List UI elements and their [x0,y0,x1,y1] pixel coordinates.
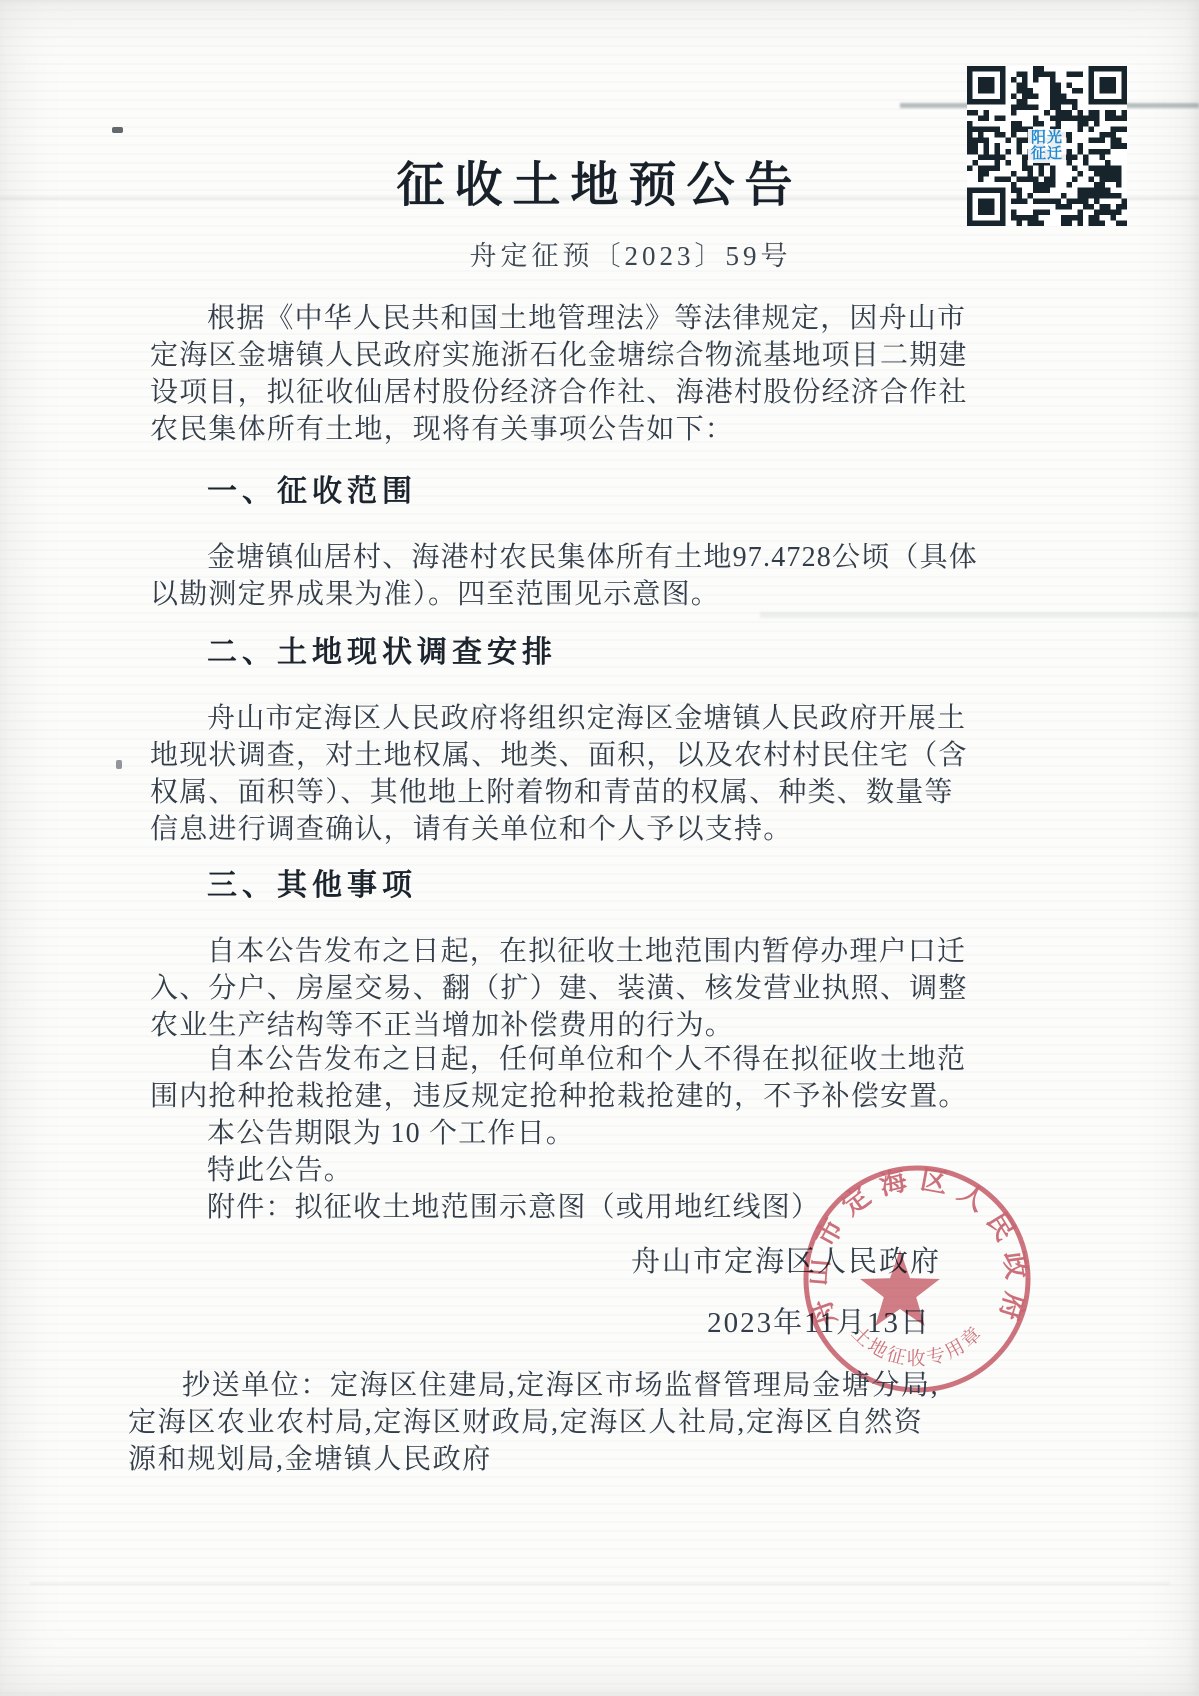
intro-paragraph: 根据《中华人民共和国土地管理法》等法律规定，因舟山市 定海区金塘镇人民政府实施浙… [150,300,1050,448]
intro-line: 根据《中华人民共和国土地管理法》等法律规定，因舟山市 [150,300,1050,337]
section2-paragraph: 舟山市定海区人民政府将组织定海区金塘镇人民政府开展土 地现状调查，对土地权属、地… [150,700,1050,848]
intro-line: 定海区金塘镇人民政府实施浙石化金塘综合物流基地项目二期建 [150,337,1050,374]
document-number: 舟定征预〔2023〕59号 [0,239,1199,273]
section3-paragraph2: 自本公告发布之日起，任何单位和个人不得在拟征收土地范 围内抢种抢栽抢建，违反规定… [150,1041,1050,1115]
scan-streak [30,1582,1170,1585]
section3-heading: 三、其他事项 [150,867,417,904]
official-seal: 舟山市定海区人民政府 土地征收专用章 [797,1159,1037,1399]
duration-line-wrap: 本公告期限为 10 个工作日。 [150,1115,1050,1152]
scan-speck [112,127,123,133]
duration-line: 本公告期限为 10 个工作日。 [150,1115,1050,1152]
section1-line: 金塘镇仙居村、海港村农民集体所有土地97.4728公顷（具体 [150,539,1050,576]
scan-speck [116,760,122,769]
section2-line: 信息进行调查确认，请有关单位和个人予以支持。 [150,811,1050,848]
cc-line: 抄送单位：定海区住建局,定海区市场监督管理局金塘分局, [128,1367,1008,1404]
qr-badge-line1: 阳光 [1031,130,1063,146]
section2-heading: 二、土地现状调查安排 [150,634,557,671]
seal-star-icon [860,1250,940,1326]
section2-line: 地现状调查，对土地权属、地类、面积，以及农村村民住宅（含 [150,737,1050,774]
seal-bottom-text-wrap: 土地征收专用章 [847,1322,986,1370]
section3-line: 自本公告发布之日起，在拟征收土地范围内暂停办理户口迁 [150,933,1050,970]
section1-line: 以勘测定界成果为准）。四至范围见示意图。 [150,576,1050,613]
section2-line: 权属、面积等）、其他地上附着物和青苗的权属、种类、数量等 [150,774,1050,811]
scanned-notice-page: 阳光 征迁 征收土地预公告 舟定征预〔2023〕59号 根据《中华人民共和国土地… [0,0,1199,1696]
cc-line: 定海区农业农村局,定海区财政局,定海区人社局,定海区自然资 [128,1404,1008,1441]
section3-line: 围内抢种抢栽抢建，违反规定抢种抢栽抢建的，不予补偿安置。 [150,1078,1050,1115]
section1-heading: 一、征收范围 [150,473,417,510]
intro-line: 农民集体所有土地，现将有关事项公告如下： [150,411,1050,448]
section3-paragraph1: 自本公告发布之日起，在拟征收土地范围内暂停办理户口迁 入、分户、房屋交易、翻（扩… [150,933,1050,1044]
section3-line: 入、分户、房屋交易、翻（扩）建、装潢、核发营业执照、调整 [150,970,1050,1007]
cc-list: 抄送单位：定海区住建局,定海区市场监督管理局金塘分局, 定海区农业农村局,定海区… [128,1367,1008,1478]
seal-bottom-text: 土地征收专用章 [847,1322,986,1370]
intro-line: 设项目，拟征收仙居村股份经济合作社、海港村股份经济合作社 [150,374,1050,411]
section3-line: 农业生产结构等不正当增加补偿费用的行为。 [150,1007,1050,1044]
section2-line: 舟山市定海区人民政府将组织定海区金塘镇人民政府开展土 [150,700,1050,737]
section3-line: 自本公告发布之日起，任何单位和个人不得在拟征收土地范 [150,1041,1050,1078]
section1-paragraph: 金塘镇仙居村、海港村农民集体所有土地97.4728公顷（具体 以勘测定界成果为准… [150,539,1050,613]
cc-line: 源和规划局,金塘镇人民政府 [128,1441,1008,1478]
page-title: 征收土地预公告 [0,156,1199,216]
